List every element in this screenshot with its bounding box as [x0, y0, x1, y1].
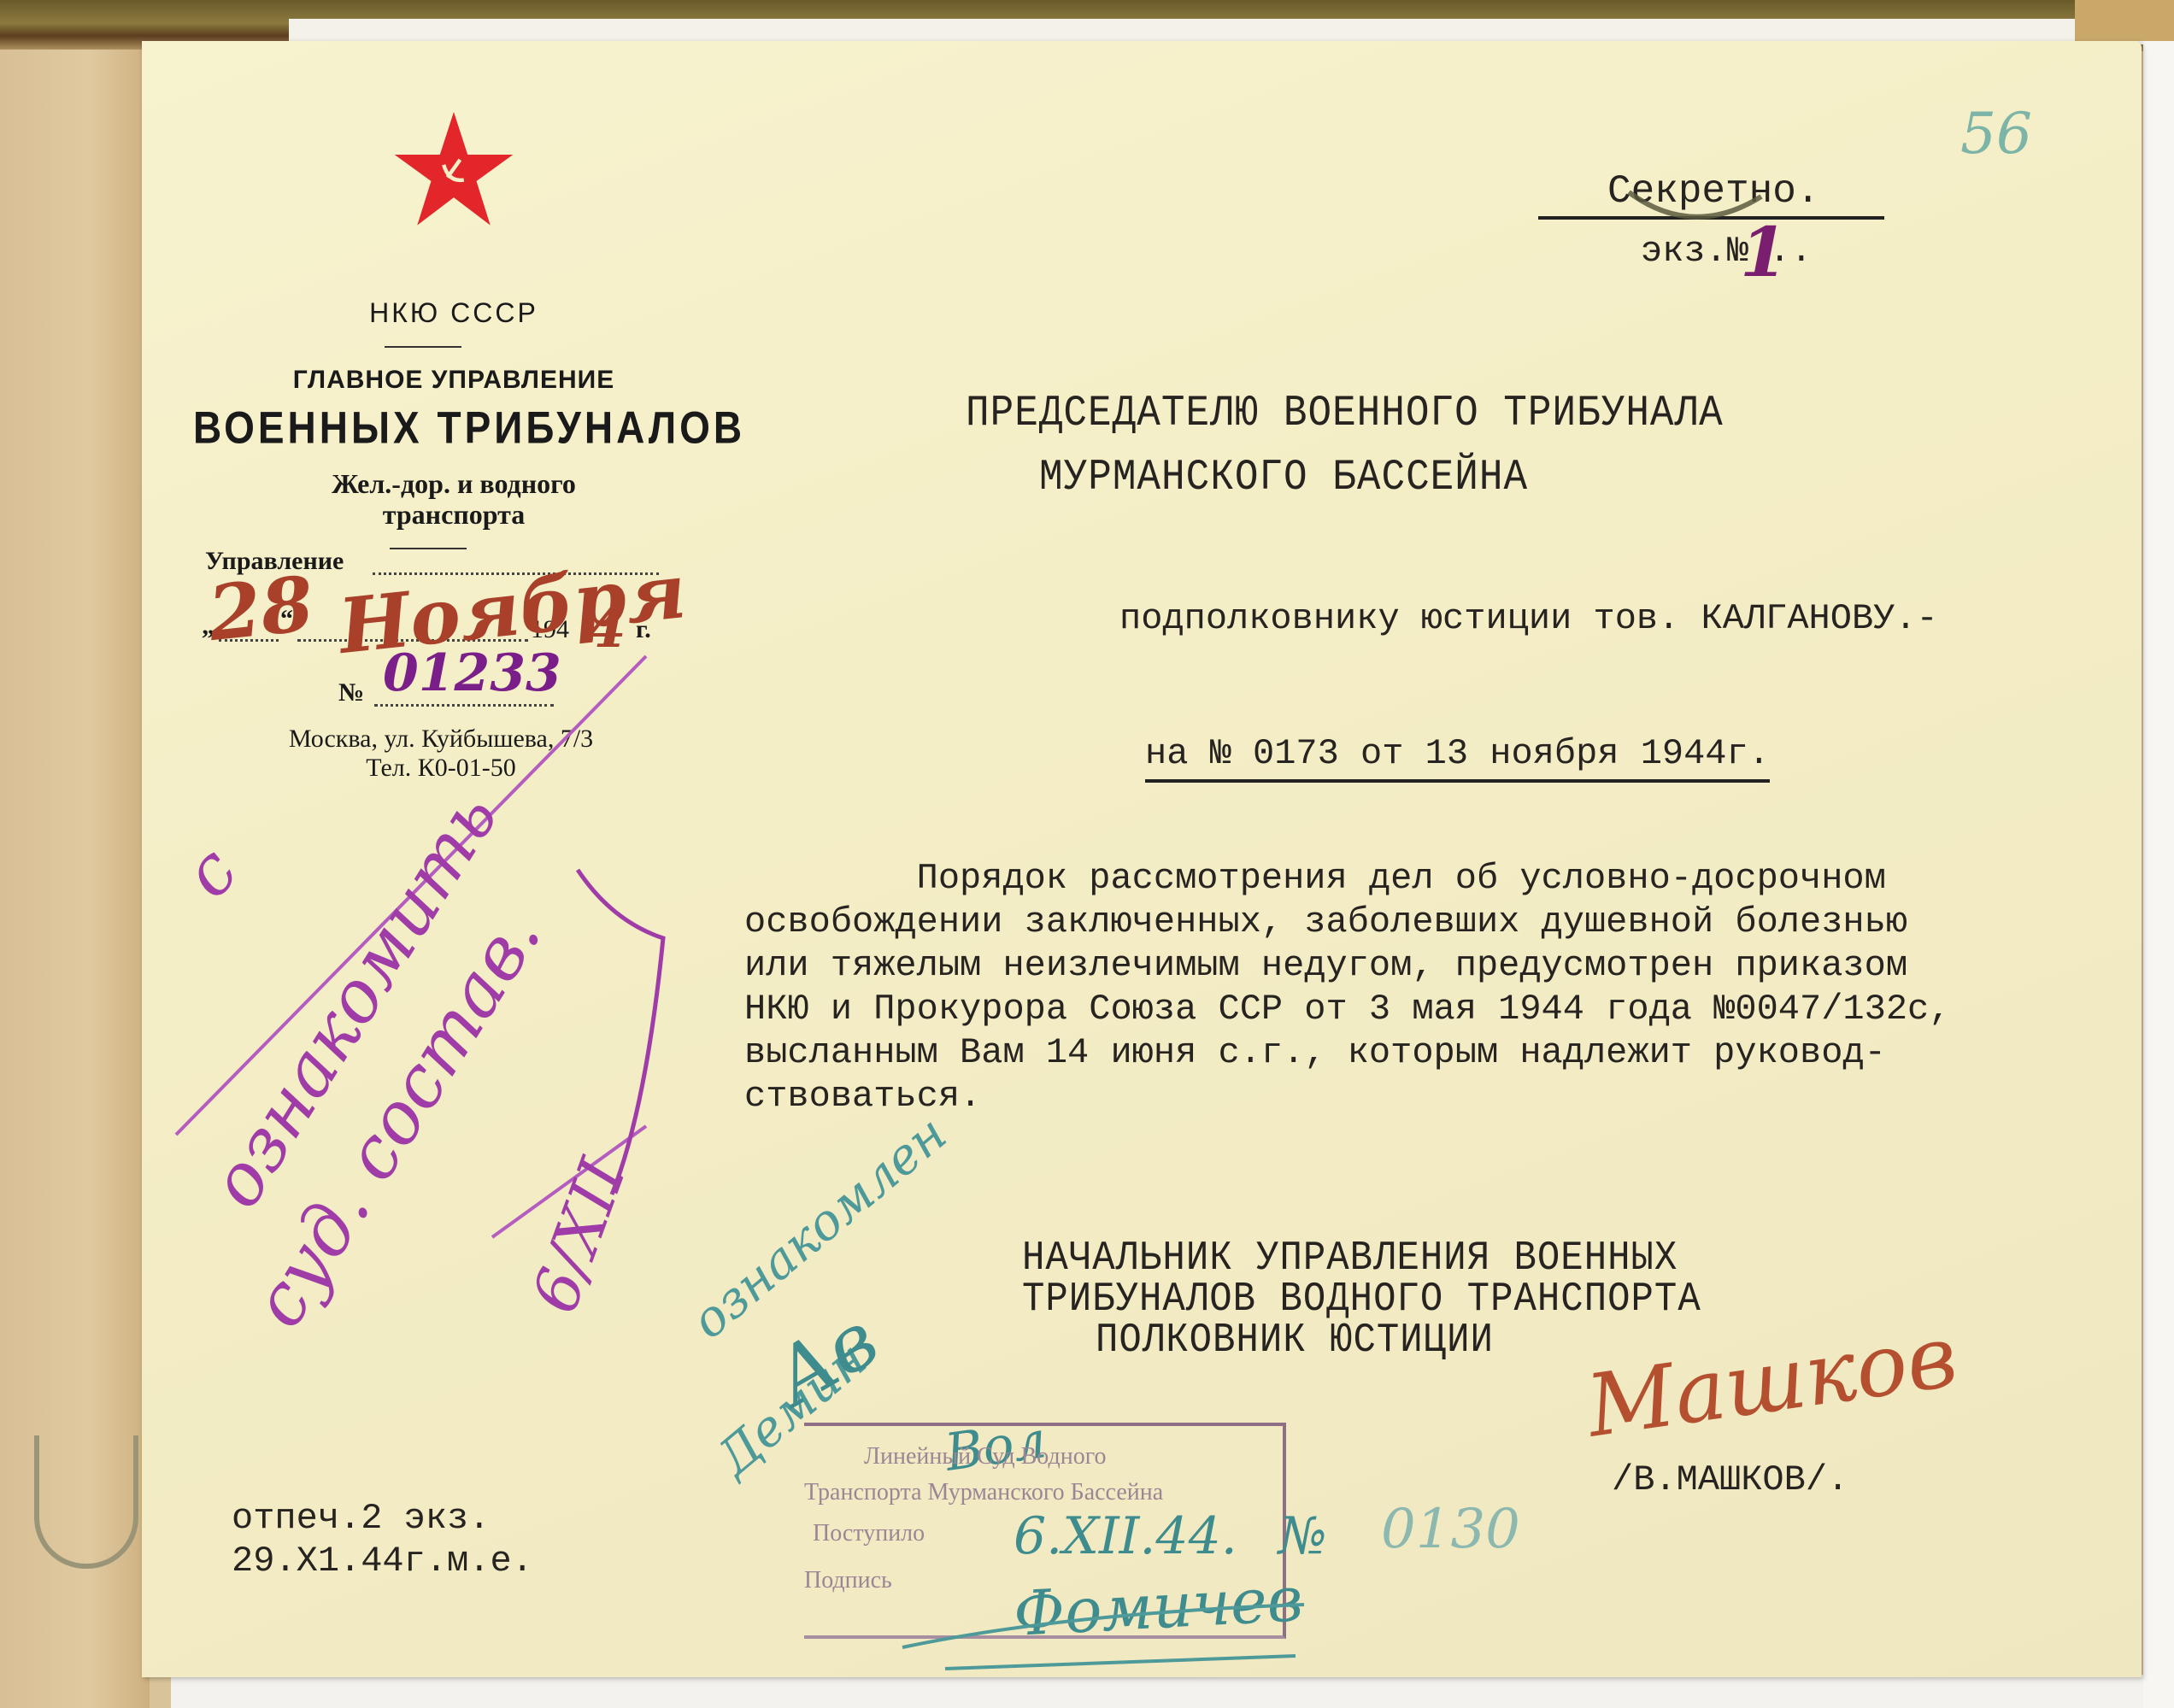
letterhead-dept-line4: транспорта [253, 499, 655, 531]
body-line: или тяжелым неизлечимым недугом, предусм… [744, 944, 1950, 988]
stamp-number-label: № [1278, 1506, 1327, 1566]
folder-corner [2075, 0, 2174, 41]
letterhead-dept-line1: ГЛАВНОЕ УПРАВЛЕНИЕ [253, 366, 655, 395]
reference-line: на № 0173 от 13 ноября 1944г. [1145, 733, 1770, 783]
copy-label: экз.№ [1641, 231, 1748, 272]
stamp-line1: Линейный Суд Водного [864, 1443, 1107, 1470]
addressee-line2: МУРМАНСКОГО БАССЕЙНА [1039, 453, 1528, 502]
body-line: Порядок рассмотрения дел об условно-доср… [744, 857, 1950, 901]
teal-underline-stroke [894, 1596, 1321, 1673]
strikethrough-mark [1625, 188, 1770, 231]
page-number: 56 [1960, 101, 2032, 167]
copy-suffix: .. [1769, 231, 1812, 272]
stamp-line3: Поступило [813, 1520, 925, 1547]
divider [390, 548, 467, 549]
addressee-line1: ПРЕДСЕДАТЕЛЮ ВОЕННОГО ТРИБУНАЛА [966, 389, 1724, 437]
body-line: освобождении заключенных, заболевших душ… [744, 901, 1950, 944]
divider [385, 346, 461, 348]
letterhead-dept-line2: ВОЕННЫХ ТРИБУНАЛОВ [193, 401, 706, 454]
typist-note-line1: отпеч.2 экз. [232, 1498, 490, 1539]
signatory-name: /В.МАШКОВ/. [1612, 1459, 1848, 1500]
underlying-sheet-bottom [171, 1675, 2174, 1708]
document-page: 56 НКЮ СССР ГЛАВНОЕ УПРАВЛЕНИЕ ВОЕННЫХ Т… [142, 41, 2142, 1677]
signature-title-line3: ПОЛКОВНИК ЮСТИЦИИ [1096, 1318, 1494, 1365]
letterhead-org: НКЮ СССР [313, 297, 595, 329]
underlying-sheet-right [2143, 41, 2174, 1708]
signature-title-line2: ТРИБУНАЛОВ ВОДНОГО ТРАНСПОРТА [1022, 1277, 1701, 1324]
letterhead-dept-line3: Жел.-дор. и водного [253, 468, 655, 500]
body-line: НКЮ и Прокурора Союза ССР от 3 мая 1944 … [744, 988, 1950, 1031]
stamp-number-handwritten: 0130 [1381, 1498, 1520, 1561]
signature-title-line1: НАЧАЛЬНИК УПРАВЛЕНИЯ ВОЕННЫХ [1022, 1236, 1678, 1282]
stamp-line2: Транспорта Мурманского Бассейна [804, 1479, 1163, 1506]
body-text: Порядок рассмотрения дел об условно-доср… [744, 857, 1950, 1118]
stamp-date-handwritten: 6.XII.44. [1014, 1506, 1237, 1566]
typist-note-line2: 29.Х1.44г.м.е. [232, 1541, 533, 1582]
signature-handwritten: Машков [1581, 1306, 1963, 1456]
red-star-hammer-sickle-icon [390, 109, 518, 229]
binding-string [34, 1435, 138, 1569]
body-line: высланным Вам 14 июня с.г., которым надл… [744, 1031, 1950, 1075]
stamp-line4: Подпись [804, 1567, 892, 1594]
addressee-line3: подполковнику юстиции тов. КАЛГАНОВУ.- [1119, 598, 1938, 639]
